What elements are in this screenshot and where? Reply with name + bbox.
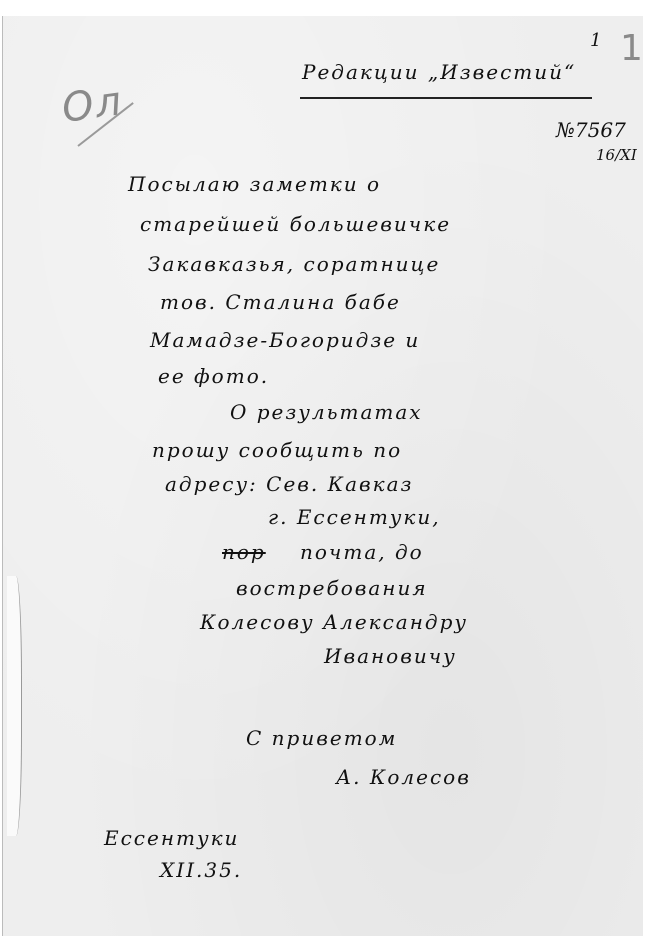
body-line: ее фото. xyxy=(158,364,269,388)
registration-date: 16/XI xyxy=(596,146,637,164)
body-line: Закавказья, соратнице xyxy=(148,252,440,276)
registration-number: №7567 xyxy=(556,118,626,142)
body-line: почта, до xyxy=(300,540,424,564)
body-line: адресу: Сев. Кавказ xyxy=(165,472,413,496)
body-line: Мамадзе-Богоридзе и xyxy=(150,328,420,352)
body-line: старейшей большевичке xyxy=(140,212,451,236)
paper-fold xyxy=(7,576,22,836)
signature: А. Колесов xyxy=(336,765,471,789)
header-underline xyxy=(300,97,592,99)
body-line: Ивановичу xyxy=(324,644,457,668)
footer-place: Ессентуки xyxy=(104,826,239,850)
body-line: О результатах xyxy=(230,400,423,424)
struck-word: пор xyxy=(222,540,266,564)
body-line: г. Ессентуки, xyxy=(268,505,441,529)
body-line: тов. Сталина бабе xyxy=(160,290,401,314)
addressee-header: Редакции „Известий“ xyxy=(302,60,576,84)
body-line: Колесову Александру xyxy=(200,610,468,634)
closing-greeting: С приветом xyxy=(246,726,397,750)
page-mark-pencil: 1 xyxy=(620,28,645,69)
body-line: востребования xyxy=(236,576,428,600)
footer-date: XII.35. xyxy=(160,858,242,882)
body-line: прошу сообщить по xyxy=(152,438,402,462)
page-mark-ink: 1 xyxy=(590,30,603,51)
pencil-initials: Ол xyxy=(59,78,126,132)
body-line: Посылаю заметки о xyxy=(128,172,381,196)
